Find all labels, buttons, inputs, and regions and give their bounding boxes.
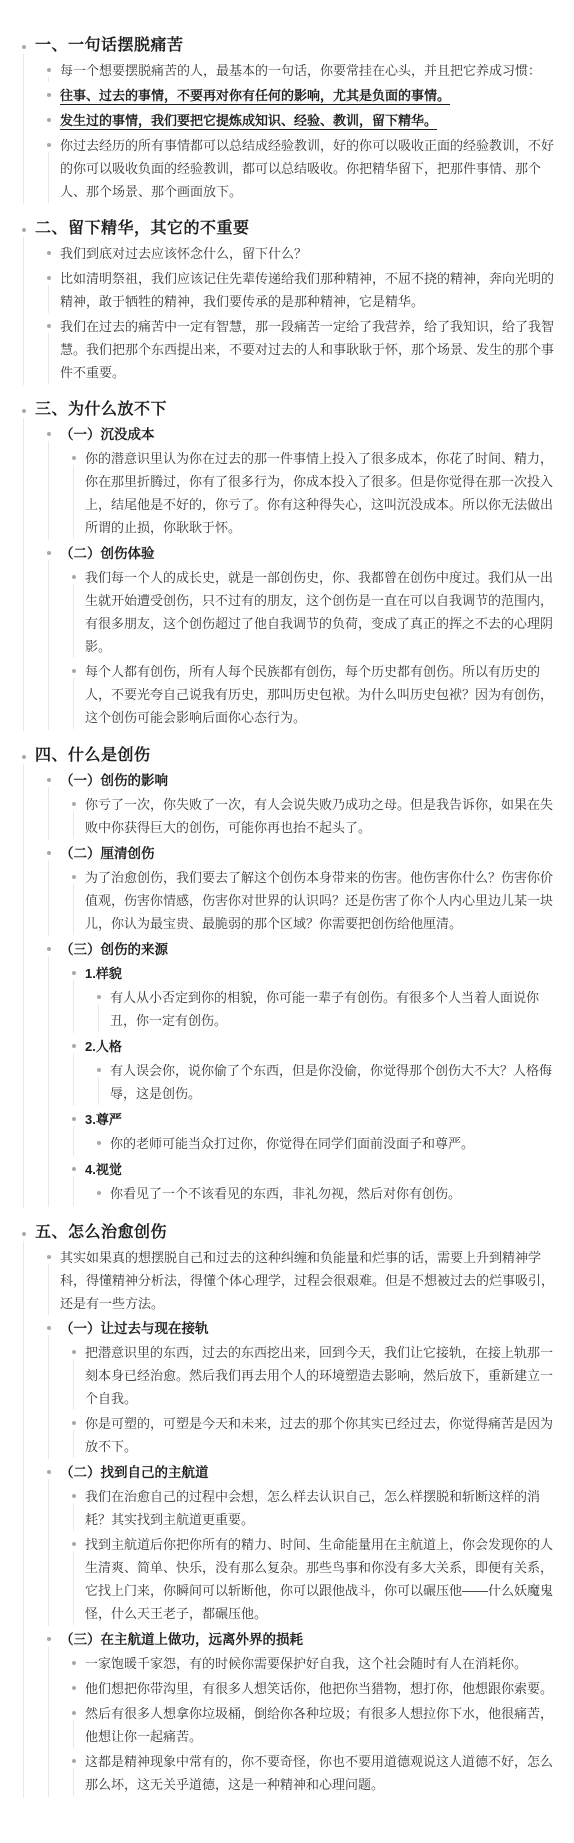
node-children: 你的老师可能当众打过你，你觉得在同学们面前没面子和尊严。 [91, 1131, 558, 1156]
bullet-dot-icon[interactable] [47, 1326, 51, 1330]
indent-guide-line [48, 560, 49, 730]
bullet-dot-icon[interactable] [72, 669, 76, 673]
node-children: 有人误会你，说你偷了个东西，但是你没偷，你觉得那个创伤大不大？人格侮辱，这是创伤… [91, 1058, 558, 1106]
bullet-dot-icon[interactable] [72, 1421, 76, 1425]
bullet-gutter [16, 398, 31, 731]
node-body: 你亏了一次，你失败了一次，有人会说失败乃成功之母。但是我告诉你，如果在失败中你获… [81, 793, 558, 839]
bullet-gutter [41, 109, 56, 132]
bullet-gutter [66, 1412, 81, 1458]
node-body: 我们在治愈自己的过程中会想，怎么样去认识自己，怎么样摆脱和斩断这样的消耗？其实找… [81, 1485, 558, 1531]
node-text[interactable]: （一）创伤的影响 [60, 769, 558, 792]
bullet-dot-icon[interactable] [72, 1759, 76, 1763]
bullet-dot-icon[interactable] [47, 118, 51, 122]
bullet-gutter [16, 744, 31, 1208]
node-children: 我们在治愈自己的过程中会想，怎么样去认识自己，怎么样摆脱和斩断这样的消耗？其实找… [66, 1484, 558, 1626]
indent-guide-line [23, 418, 24, 731]
bullet-dot-icon[interactable] [47, 1255, 51, 1259]
bullet-dot-icon[interactable] [47, 276, 51, 280]
bullet-gutter [66, 1533, 81, 1625]
paragraph-node: 每个人都有创伤，所有人每个民族都有创伤，每个历史都有创伤。所以有历史的人，不要光… [66, 659, 558, 730]
sub-heading-node: （二）创伤体验我们每一个人的成长史，就是一部创伤史，你、我都曾在创伤中度过。我们… [41, 541, 558, 731]
sub-heading-node: （二）厘清创伤为了治愈创伤，我们要去了解这个创伤本身带来的伤害。他伤害你什么？伤… [41, 841, 558, 937]
bullet-gutter [66, 1702, 81, 1748]
node-body: 找到主航道后你把你所有的精力、时间、生命能量用在主航道上，你会发现你的人生清爽、… [81, 1533, 558, 1625]
paragraph-node: 有人误会你，说你偷了个东西，但是你没偷，你觉得那个创伤大不大？人格侮辱，这是创伤… [91, 1058, 558, 1106]
node-body: 把潜意识里的东西，过去的东西挖出来，回到今天，我们让它接轨，在接上轨那一刻本身已… [81, 1341, 558, 1410]
paragraph-node: 你看见了一个不该看见的东西，非礼勿视，然后对你有创伤。 [91, 1181, 558, 1206]
indent-guide-line [73, 1720, 74, 1748]
node-children: 你亏了一次，你失败了一次，有人会说失败乃成功之母。但是我告诉你，如果在失败中你获… [66, 792, 558, 840]
bullet-gutter [41, 59, 56, 82]
indent-guide-line [23, 1241, 24, 1798]
paragraph-node: 每一个想要摆脱痛苦的人，最基本的一句话，你要常挂在心头，并且把它养成习惯： [41, 58, 558, 83]
paragraph-node: 有人从小否定到你的相貌，你可能一辈子有创伤。有很多个人当着人面说你丑，你一定有创… [91, 985, 558, 1033]
bullet-dot-icon[interactable] [72, 971, 76, 975]
bullet-gutter [41, 1246, 56, 1315]
node-text[interactable]: 比如清明祭祖，我们应该记住先辈传递给我们那种精神，不屈不挠的精神，奔向光明的精神… [60, 267, 558, 313]
indent-guide-line [48, 1335, 49, 1459]
bullet-dot-icon[interactable] [47, 1637, 51, 1641]
indent-guide-line [73, 1551, 74, 1625]
bullet-gutter [66, 1341, 81, 1410]
sub-heading-node: （二）找到自己的主航道我们在治愈自己的过程中会想，怎么样去认识自己，怎么样摆脱和… [41, 1460, 558, 1627]
node-body: （二）创伤体验我们每一个人的成长史，就是一部创伤史，你、我都曾在创伤中度过。我们… [56, 542, 558, 730]
numbered-heading-node: 1.样貌有人从小否定到你的相貌，你可能一辈子有创伤。有很多个人当着人面说你丑，你… [66, 961, 558, 1034]
bullet-dot-icon[interactable] [47, 1470, 51, 1474]
paragraph-node: 你亏了一次，你失败了一次，有人会说失败乃成功之母。但是我告诉你，如果在失败中你获… [66, 792, 558, 840]
node-text[interactable]: 一、一句话摆脱痛苦 [35, 34, 558, 58]
bullet-gutter [66, 866, 81, 935]
bullet-gutter [41, 1317, 56, 1459]
bullet-gutter [66, 1485, 81, 1531]
bullet-dot-icon[interactable] [47, 551, 51, 555]
node-text[interactable]: 4.视觉 [85, 1158, 558, 1181]
node-body: 我们在过去的痛苦中一定有智慧，那一段痛苦一定给了我营养，给了我知识，给了我智慧。… [56, 315, 558, 384]
bullet-dot-icon[interactable] [72, 802, 76, 806]
node-children: （一）沉没成本你的潜意识里认为你在过去的那一件事情上投入了很多成本，你花了时间、… [41, 422, 558, 731]
node-body: 4.视觉你看见了一个不该看见的东西，非礼勿视，然后对你有创伤。 [81, 1158, 558, 1206]
indent-guide-line [48, 441, 49, 540]
node-text[interactable]: 他们想把你带沟里，有很多人想笑话你，他把你当猎物，想打你，他想跟你索要。 [85, 1677, 558, 1700]
node-body: （一）创伤的影响你亏了一次，你失败了一次，有人会说失败乃成功之母。但是我告诉你，… [56, 769, 558, 840]
node-body: 五、怎么治愈创伤其实如果真的想摆脱自己和过去的这种纠缠和负能量和烂事的话，需要上… [31, 1221, 558, 1798]
node-body: 然后有很多人想拿你垃圾桶，倒给你各种垃圾；有很多人想拉你下水，他很痛苦，他想让你… [81, 1702, 558, 1748]
bullet-dot-icon[interactable] [72, 1686, 76, 1690]
node-text[interactable]: 然后有很多人想拿你垃圾桶，倒给你各种垃圾；有很多人想拉你下水，他很痛苦，他想让你… [85, 1702, 558, 1748]
bullet-gutter [66, 962, 81, 1033]
bullet-gutter [66, 1750, 81, 1796]
node-body: 这都是精神现象中常有的，你不要奇怪，你也不要用道德观说这人道德不好，怎么那么坏，… [81, 1750, 558, 1796]
node-text[interactable]: 每一个想要摆脱痛苦的人，最基本的一句话，你要常挂在心头，并且把它养成习惯： [60, 59, 558, 82]
node-body: 有人从小否定到你的相貌，你可能一辈子有创伤。有很多个人当着人面说你丑，你一定有创… [106, 986, 558, 1032]
node-body: 3.尊严你的老师可能当众打过你，你觉得在同学们面前没面子和尊严。 [81, 1108, 558, 1156]
indent-guide-line [73, 1126, 74, 1156]
node-body: 四、什么是创伤（一）创伤的影响你亏了一次，你失败了一次，有人会说失败乃成功之母。… [31, 744, 558, 1208]
paragraph-node: 你的潜意识里认为你在过去的那一件事情上投入了很多成本，你花了时间、精力，你在那里… [66, 446, 558, 540]
node-body: 为了治愈创伤，我们要去了解这个创伤本身带来的伤害。他伤害你什么？伤害你价值观，伤… [81, 866, 558, 935]
node-body: 2.人格有人误会你，说你偷了个东西，但是你没偷，你觉得那个创伤大不大？人格侮辱，… [81, 1035, 558, 1106]
outline-document: 一、一句话摆脱痛苦每一个想要摆脱痛苦的人，最基本的一句话，你要常挂在心头，并且把… [16, 26, 558, 1803]
bullet-gutter [66, 1035, 81, 1106]
indent-guide-line [48, 333, 49, 384]
bullet-gutter [41, 315, 56, 384]
bullet-gutter [41, 1461, 56, 1626]
paragraph-node: 这都是精神现象中常有的，你不要奇怪，你也不要用道德观说这人道德不好，怎么那么坏，… [66, 1749, 558, 1797]
node-text[interactable]: 一家饱暖千家怨，有的时候你需要保护好自我，这个社会随时有人在消耗你。 [85, 1652, 558, 1675]
paragraph-node: 为了治愈创伤，我们要去了解这个创伤本身带来的伤害。他伤害你什么？伤害你价值观，伤… [66, 865, 558, 936]
paragraph-node: 他们想把你带沟里，有很多人想笑话你，他把你当猎物，想打你，他想跟你索要。 [66, 1676, 558, 1701]
indent-guide-line [48, 285, 49, 313]
paragraph-node: 把潜意识里的东西，过去的东西挖出来，回到今天，我们让它接轨，在接上轨那一刻本身已… [66, 1340, 558, 1411]
node-text[interactable]: 我们在治愈自己的过程中会想，怎么样去认识自己，怎么样摆脱和斩断这样的消耗？其实找… [85, 1485, 558, 1531]
indent-guide-line [73, 584, 74, 658]
node-text[interactable]: （三）创伤的来源 [60, 938, 558, 961]
indent-guide-line [48, 1264, 49, 1315]
node-children: 把潜意识里的东西，过去的东西挖出来，回到今天，我们让它接轨，在接上轨那一刻本身已… [66, 1340, 558, 1459]
numbered-heading-node: 4.视觉你看见了一个不该看见的东西，非礼勿视，然后对你有创伤。 [66, 1157, 558, 1207]
indent-guide-line [73, 1359, 74, 1410]
bullet-gutter [41, 769, 56, 840]
bullet-gutter [41, 542, 56, 730]
node-text[interactable]: 1.样貌 [85, 962, 558, 985]
indent-guide-line [98, 1077, 99, 1105]
bullet-gutter [66, 447, 81, 539]
node-children: 有人从小否定到你的相貌，你可能一辈子有创伤。有很多个人当着人面说你丑，你一定有创… [91, 985, 558, 1033]
indent-guide-line [48, 1479, 49, 1626]
node-body: 二、留下精华，其它的不重要我们到底对过去应该怀念什么，留下什么？比如清明祭祖，我… [31, 217, 558, 385]
paragraph-node: 你是可塑的，可塑是今天和未来，过去的那个你其实已经过去，你觉得痛苦是因为放不下。 [66, 1411, 558, 1459]
bullet-dot-icon[interactable] [47, 143, 51, 147]
node-text[interactable]: 其实如果真的想摆脱自己和过去的这种纠缠和负能量和烂事的话，需要上升到精神学科，得… [60, 1246, 558, 1315]
node-text[interactable]: 三、为什么放不下 [35, 398, 558, 422]
node-body: 我们每一个人的成长史，就是一部创伤史，你、我都曾在创伤中度过。我们从一出生就开始… [81, 566, 558, 658]
node-text[interactable]: 这都是精神现象中常有的，你不要奇怪，你也不要用道德观说这人道德不好，怎么那么坏，… [85, 1750, 558, 1796]
section-heading-node: 二、留下精华，其它的不重要我们到底对过去应该怀念什么，留下什么？比如清明祭祖，我… [16, 209, 558, 390]
node-text[interactable]: 把潜意识里的东西，过去的东西挖出来，回到今天，我们让它接轨，在接上轨那一刻本身已… [85, 1341, 558, 1410]
bullet-dot-icon[interactable] [22, 1232, 26, 1236]
node-body: 一家饱暖千家怨，有的时候你需要保护好自我，这个社会随时有人在消耗你。 [81, 1652, 558, 1675]
node-text[interactable]: 3.尊严 [85, 1108, 558, 1131]
bullet-dot-icon[interactable] [22, 228, 26, 232]
bullet-dot-icon[interactable] [22, 755, 26, 759]
section-heading-node: 一、一句话摆脱痛苦每一个想要摆脱痛苦的人，最基本的一句话，你要常挂在心头，并且把… [16, 26, 558, 209]
indent-guide-line [73, 1768, 74, 1796]
indent-guide-line [23, 764, 24, 1208]
bullet-gutter [66, 1158, 81, 1206]
node-children: 每一个想要摆脱痛苦的人，最基本的一句话，你要常挂在心头，并且把它养成习惯：往事、… [41, 58, 558, 204]
node-text[interactable]: 你过去经历的所有事情都可以总结成经验教训，好的你可以吸收正面的经验教训，不好的你… [60, 134, 558, 203]
indent-guide-line [73, 811, 74, 839]
section-heading-node: 四、什么是创伤（一）创伤的影响你亏了一次，你失败了一次，有人会说失败乃成功之母。… [16, 736, 558, 1213]
bullet-dot-icon[interactable] [72, 1542, 76, 1546]
emphasis-paragraph-node: 往事、过去的事情，不要再对你有任何的影响，尤其是负面的事情。 [41, 83, 558, 108]
node-text[interactable]: （一）让过去与现在接轨 [60, 1317, 558, 1340]
bullet-dot-icon[interactable] [72, 575, 76, 579]
node-body: 他们想把你带沟里，有很多人想笑话你，他把你当猎物，想打你，他想跟你索要。 [81, 1677, 558, 1700]
bullet-gutter [66, 793, 81, 839]
indent-guide-line [73, 1053, 74, 1106]
node-text[interactable]: 找到主航道后你把你所有的精力、时间、生命能量用在主航道上，你会发现你的人生清爽、… [85, 1533, 558, 1625]
bullet-dot-icon[interactable] [97, 995, 101, 999]
node-text[interactable]: 发生过的事情，我们要把它提炼成知识、经验、教训，留下精华。 [60, 109, 558, 132]
indent-guide-line [48, 860, 49, 936]
bullet-dot-icon[interactable] [72, 875, 76, 879]
bullet-dot-icon[interactable] [72, 1117, 76, 1121]
bullet-gutter [41, 84, 56, 107]
indent-guide-line [73, 465, 74, 539]
node-text[interactable]: （二）找到自己的主航道 [60, 1461, 558, 1484]
bullet-dot-icon[interactable] [47, 778, 51, 782]
bullet-gutter [41, 267, 56, 313]
bullet-gutter [41, 134, 56, 203]
paragraph-node: 我们到底对过去应该怀念什么，留下什么？ [41, 241, 558, 266]
node-text[interactable]: 二、留下精华，其它的不重要 [35, 217, 558, 241]
node-body: 你的潜意识里认为你在过去的那一件事情上投入了很多成本，你花了时间、精力，你在那里… [81, 447, 558, 539]
sub-heading-node: （三）在主航道上做功，远离外界的损耗一家饱暖千家怨，有的时候你需要保护好自我，这… [41, 1627, 558, 1798]
bullet-dot-icon[interactable] [47, 432, 51, 436]
node-body: 往事、过去的事情，不要再对你有任何的影响，尤其是负面的事情。 [56, 84, 558, 107]
paragraph-node: 找到主航道后你把你所有的精力、时间、生命能量用在主航道上，你会发现你的人生清爽、… [66, 1532, 558, 1626]
node-children: 我们到底对过去应该怀念什么，留下什么？比如清明祭祖，我们应该记住先辈传递给我们那… [41, 241, 558, 385]
node-children: 你的潜意识里认为你在过去的那一件事情上投入了很多成本，你花了时间、精力，你在那里… [66, 446, 558, 540]
emphasis-paragraph-node: 发生过的事情，我们要把它提炼成知识、经验、教训，留下精华。 [41, 108, 558, 133]
bullet-dot-icon[interactable] [72, 1494, 76, 1498]
node-text[interactable]: 你是可塑的，可塑是今天和未来，过去的那个你其实已经过去，你觉得痛苦是因为放不下。 [85, 1412, 558, 1458]
node-text[interactable]: 有人误会你，说你偷了个东西，但是你没偷，你觉得那个创伤大不大？人格侮辱，这是创伤… [110, 1059, 558, 1105]
node-text[interactable]: （一）沉没成本 [60, 423, 558, 446]
node-text[interactable]: 我们在过去的痛苦中一定有智慧，那一段痛苦一定给了我营养，给了我知识，给了我智慧。… [60, 315, 558, 384]
node-text[interactable]: 为了治愈创伤，我们要去了解这个创伤本身带来的伤害。他伤害你什么？伤害你价值观，伤… [85, 866, 558, 935]
bullet-dot-icon[interactable] [72, 1661, 76, 1665]
paragraph-node: 我们在过去的痛苦中一定有智慧，那一段痛苦一定给了我营养，给了我知识，给了我智慧。… [41, 314, 558, 385]
section-heading-node: 三、为什么放不下（一）沉没成本你的潜意识里认为你在过去的那一件事情上投入了很多成… [16, 390, 558, 736]
node-body: 我们到底对过去应该怀念什么，留下什么？ [56, 242, 558, 265]
node-text[interactable]: （二）创伤体验 [60, 542, 558, 565]
paragraph-node: 其实如果真的想摆脱自己和过去的这种纠缠和负能量和烂事的话，需要上升到精神学科，得… [41, 1245, 558, 1316]
sub-heading-node: （一）沉没成本你的潜意识里认为你在过去的那一件事情上投入了很多成本，你花了时间、… [41, 422, 558, 541]
paragraph-node: 你的老师可能当众打过你，你觉得在同学们面前没面子和尊严。 [91, 1131, 558, 1156]
node-children: （一）创伤的影响你亏了一次，你失败了一次，有人会说失败乃成功之母。但是我告诉你，… [41, 768, 558, 1208]
indent-guide-line [73, 1176, 74, 1206]
node-body: 其实如果真的想摆脱自己和过去的这种纠缠和负能量和烂事的话，需要上升到精神学科，得… [56, 1246, 558, 1315]
bullet-gutter [91, 1059, 106, 1105]
node-text[interactable]: 我们每一个人的成长史，就是一部创伤史，你、我都曾在创伤中度过。我们从一出生就开始… [85, 566, 558, 658]
bullet-gutter [66, 1677, 81, 1700]
node-text[interactable]: （三）在主航道上做功，远离外界的损耗 [60, 1628, 558, 1651]
node-body: （一）沉没成本你的潜意识里认为你在过去的那一件事情上投入了很多成本，你花了时间、… [56, 423, 558, 540]
bullet-dot-icon[interactable] [97, 1141, 101, 1145]
node-body: 比如清明祭祖，我们应该记住先辈传递给我们那种精神，不屈不挠的精神，奔向光明的精神… [56, 267, 558, 313]
paragraph-node: 我们在治愈自己的过程中会想，怎么样去认识自己，怎么样摆脱和斩断这样的消耗？其实找… [66, 1484, 558, 1532]
bullet-gutter [91, 1132, 106, 1155]
bullet-dot-icon[interactable] [22, 45, 26, 49]
node-children: 1.样貌有人从小否定到你的相貌，你可能一辈子有创伤。有很多个人当着人面说你丑，你… [66, 961, 558, 1207]
paragraph-node: 我们每一个人的成长史，就是一部创伤史，你、我都曾在创伤中度过。我们从一出生就开始… [66, 565, 558, 659]
node-body: 三、为什么放不下（一）沉没成本你的潜意识里认为你在过去的那一件事情上投入了很多成… [31, 398, 558, 731]
bullet-gutter [66, 566, 81, 658]
node-body: 你的老师可能当众打过你，你觉得在同学们面前没面子和尊严。 [106, 1132, 558, 1155]
indent-guide-line [48, 1646, 49, 1797]
sub-heading-node: （一）创伤的影响你亏了一次，你失败了一次，有人会说失败乃成功之母。但是我告诉你，… [41, 768, 558, 841]
node-text[interactable]: 每个人都有创伤，所有人每个民族都有创伤，每个历史都有创伤。所以有历史的人，不要光… [85, 660, 558, 729]
indent-guide-line [23, 54, 24, 204]
node-text[interactable]: 往事、过去的事情，不要再对你有任何的影响，尤其是负面的事情。 [60, 84, 558, 107]
paragraph-node: 一家饱暖千家怨，有的时候你需要保护好自我，这个社会随时有人在消耗你。 [66, 1651, 558, 1676]
node-text[interactable]: 五、怎么治愈创伤 [35, 1221, 558, 1245]
bullet-gutter [66, 1108, 81, 1156]
indent-guide-line [73, 678, 74, 729]
node-body: 你看见了一个不该看见的东西，非礼勿视，然后对你有创伤。 [106, 1182, 558, 1205]
bullet-gutter [16, 1221, 31, 1798]
section-heading-node: 五、怎么治愈创伤其实如果真的想摆脱自己和过去的这种纠缠和负能量和烂事的话，需要上… [16, 1213, 558, 1803]
node-body: （三）在主航道上做功，远离外界的损耗一家饱暖千家怨，有的时候你需要保护好自我，这… [56, 1628, 558, 1797]
node-text[interactable]: 你亏了一次，你失败了一次，有人会说失败乃成功之母。但是我告诉你，如果在失败中你获… [85, 793, 558, 839]
node-body: 每一个想要摆脱痛苦的人，最基本的一句话，你要常挂在心头，并且把它养成习惯： [56, 59, 558, 82]
indent-guide-line [23, 237, 24, 385]
indent-guide-line [73, 1503, 74, 1531]
node-body: （一）让过去与现在接轨把潜意识里的东西，过去的东西挖出来，回到今天，我们让它接轨… [56, 1317, 558, 1459]
bullet-dot-icon[interactable] [97, 1191, 101, 1195]
bullet-dot-icon[interactable] [47, 324, 51, 328]
bullet-gutter [66, 660, 81, 729]
node-body: 每个人都有创伤，所有人每个民族都有创伤，每个历史都有创伤。所以有历史的人，不要光… [81, 660, 558, 729]
bullet-gutter [41, 938, 56, 1207]
node-text[interactable]: 有人从小否定到你的相貌，你可能一辈子有创伤。有很多个人当着人面说你丑，你一定有创… [110, 986, 558, 1032]
node-body: 一、一句话摆脱痛苦每一个想要摆脱痛苦的人，最基本的一句话，你要常挂在心头，并且把… [31, 34, 558, 204]
paragraph-node: 比如清明祭祖，我们应该记住先辈传递给我们那种精神，不屈不挠的精神，奔向光明的精神… [41, 266, 558, 314]
bullet-gutter [41, 242, 56, 265]
node-children: 为了治愈创伤，我们要去了解这个创伤本身带来的伤害。他伤害你什么？伤害你价值观，伤… [66, 865, 558, 936]
bullet-gutter [41, 423, 56, 540]
bullet-gutter [91, 1182, 106, 1205]
bullet-gutter [91, 986, 106, 1032]
bullet-dot-icon[interactable] [72, 456, 76, 460]
bullet-dot-icon[interactable] [72, 1711, 76, 1715]
bullet-dot-icon[interactable] [22, 409, 26, 413]
indent-guide-line [48, 787, 49, 840]
node-children: 其实如果真的想摆脱自己和过去的这种纠缠和负能量和烂事的话，需要上升到精神学科，得… [41, 1245, 558, 1798]
bullet-dot-icon[interactable] [47, 947, 51, 951]
indent-guide-line [48, 956, 49, 1207]
bullet-dot-icon[interactable] [72, 1167, 76, 1171]
node-body: （二）找到自己的主航道我们在治愈自己的过程中会想，怎么样去认识自己，怎么样摆脱和… [56, 1461, 558, 1626]
node-body: 你是可塑的，可塑是今天和未来，过去的那个你其实已经过去，你觉得痛苦是因为放不下。 [81, 1412, 558, 1458]
node-body: 发生过的事情，我们要把它提炼成知识、经验、教训，留下精华。 [56, 109, 558, 132]
sub-heading-node: （一）让过去与现在接轨把潜意识里的东西，过去的东西挖出来，回到今天，我们让它接轨… [41, 1316, 558, 1460]
node-text[interactable]: 你的潜意识里认为你在过去的那一件事情上投入了很多成本，你花了时间、精力，你在那里… [85, 447, 558, 539]
bullet-gutter [16, 217, 31, 385]
bullet-dot-icon[interactable] [72, 1044, 76, 1048]
node-body: 1.样貌有人从小否定到你的相貌，你可能一辈子有创伤。有很多个人当着人面说你丑，你… [81, 962, 558, 1033]
node-children: 你看见了一个不该看见的东西，非礼勿视，然后对你有创伤。 [91, 1181, 558, 1206]
bullet-dot-icon[interactable] [47, 68, 51, 72]
node-text[interactable]: 你看见了一个不该看见的东西，非礼勿视，然后对你有创伤。 [110, 1182, 558, 1205]
node-text[interactable]: 四、什么是创伤 [35, 744, 558, 768]
node-text[interactable]: 我们到底对过去应该怀念什么，留下什么？ [60, 242, 558, 265]
node-body: 你过去经历的所有事情都可以总结成经验教训，好的你可以吸收正面的经验教训，不好的你… [56, 134, 558, 203]
numbered-heading-node: 2.人格有人误会你，说你偷了个东西，但是你没偷，你觉得那个创伤大不大？人格侮辱，… [66, 1034, 558, 1107]
bullet-dot-icon[interactable] [47, 851, 51, 855]
indent-guide-line [73, 884, 74, 935]
node-body: 有人误会你，说你偷了个东西，但是你没偷，你觉得那个创伤大不大？人格侮辱，这是创伤… [106, 1059, 558, 1105]
indent-guide-line [98, 1004, 99, 1032]
node-body: （三）创伤的来源1.样貌有人从小否定到你的相貌，你可能一辈子有创伤。有很多个人当… [56, 938, 558, 1207]
indent-guide-line [73, 1430, 74, 1458]
sub-heading-node: （三）创伤的来源1.样貌有人从小否定到你的相貌，你可能一辈子有创伤。有很多个人当… [41, 937, 558, 1208]
node-text[interactable]: 你的老师可能当众打过你，你觉得在同学们面前没面子和尊严。 [110, 1132, 558, 1155]
numbered-heading-node: 3.尊严你的老师可能当众打过你，你觉得在同学们面前没面子和尊严。 [66, 1107, 558, 1157]
node-children: 我们每一个人的成长史，就是一部创伤史，你、我都曾在创伤中度过。我们从一出生就开始… [66, 565, 558, 730]
node-children: 一家饱暖千家怨，有的时候你需要保护好自我，这个社会随时有人在消耗你。他们想把你带… [66, 1651, 558, 1797]
bullet-dot-icon[interactable] [47, 251, 51, 255]
bullet-gutter [41, 1628, 56, 1797]
indent-guide-line [48, 77, 49, 82]
indent-guide-line [48, 152, 49, 203]
bullet-gutter [41, 842, 56, 936]
node-text[interactable]: 2.人格 [85, 1035, 558, 1058]
bullet-gutter [66, 1652, 81, 1675]
bullet-dot-icon[interactable] [72, 1350, 76, 1354]
bullet-dot-icon[interactable] [47, 93, 51, 97]
bullet-gutter [16, 34, 31, 204]
bullet-dot-icon[interactable] [97, 1068, 101, 1072]
paragraph-node: 你过去经历的所有事情都可以总结成经验教训，好的你可以吸收正面的经验教训，不好的你… [41, 133, 558, 204]
indent-guide-line [73, 980, 74, 1033]
node-body: （二）厘清创伤为了治愈创伤，我们要去了解这个创伤本身带来的伤害。他伤害你什么？伤… [56, 842, 558, 936]
paragraph-node: 然后有很多人想拿你垃圾桶，倒给你各种垃圾；有很多人想拉你下水，他很痛苦，他想让你… [66, 1701, 558, 1749]
node-text[interactable]: （二）厘清创伤 [60, 842, 558, 865]
